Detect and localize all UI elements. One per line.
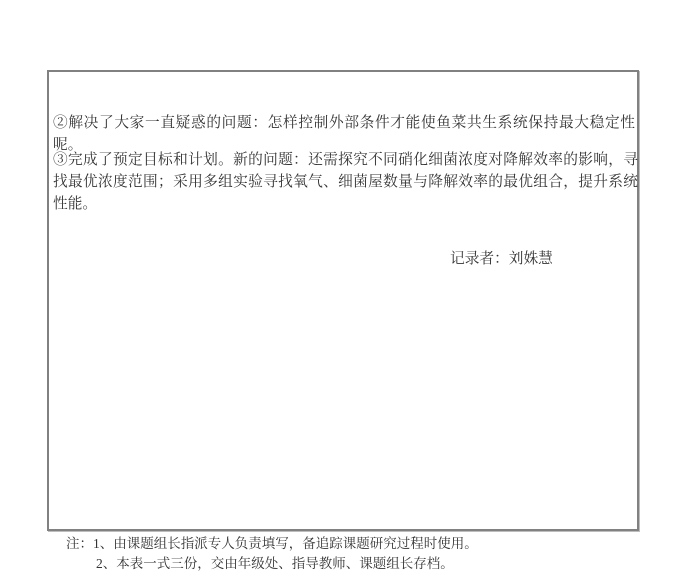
document-page: ②解决了大家一直疑惑的问题：怎样控制外部条件才能使鱼菜共生系统保持最大稳定性呢。…: [0, 0, 691, 582]
footnote-1: 注：1、由课题组长指派专人负责填写，备追踪课题研究过程时使用。: [66, 534, 478, 553]
footnote-2: 2、本表一式三份，交由年级处、指导教师、课题组长存档。: [96, 554, 454, 573]
record-entry-3: ③完成了预定目标和计划。新的问题：还需探究不同硝化细菌浓度对降解效率的影响，寻找…: [53, 149, 638, 215]
recorder-signature: 记录者：刘姝慧: [450, 248, 553, 270]
record-box: ②解决了大家一直疑惑的问题：怎样控制外部条件才能使鱼菜共生系统保持最大稳定性呢。…: [47, 70, 639, 531]
